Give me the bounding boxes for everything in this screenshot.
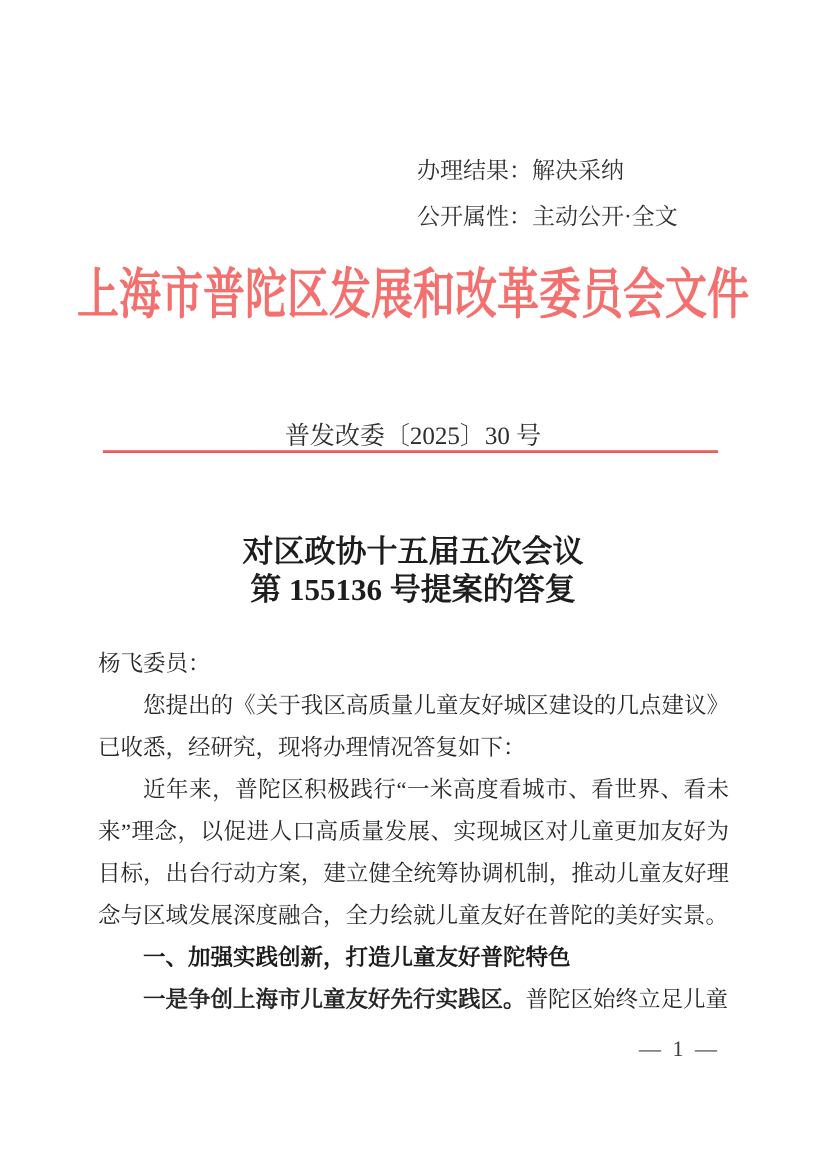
page-number: — 1 — xyxy=(639,1036,720,1062)
red-divider-rule xyxy=(103,450,718,453)
meta-block: 办理结果：解决采纳 公开属性：主动公开·全文 xyxy=(417,148,678,240)
salutation: 杨飞委员： xyxy=(98,643,729,685)
paragraph-subitem-1: 一是争创上海市儿童友好先行实践区。普陀区始终立足儿童 xyxy=(98,979,729,1021)
document-title-line-1: 对区政协十五届五次会议 xyxy=(0,533,826,571)
paragraph-overview: 近年来，普陀区积极践行“一米高度看城市、看世界、看未来”理念，以促进人口高质量发… xyxy=(98,769,729,937)
document-title-line-2: 第 155136 号提案的答复 xyxy=(0,571,826,609)
subitem-lead-phrase: 一是争创上海市儿童友好先行实践区。 xyxy=(143,987,526,1012)
document-body: 杨飞委员： 您提出的《关于我区高质量儿童友好城区建设的几点建议》已收悉，经研究，… xyxy=(98,643,729,1021)
agency-header-title: 上海市普陀区发展和改革委员会文件 xyxy=(0,252,826,330)
section-heading-1: 一、加强实践创新，打造儿童友好普陀特色 xyxy=(98,937,729,979)
document-number: 普发改委〔2025〕30 号 xyxy=(0,416,826,452)
paragraph-proposal-received: 您提出的《关于我区高质量儿童友好城区建设的几点建议》已收悉，经研究，现将办理情况… xyxy=(98,685,729,769)
meta-handling-result: 办理结果：解决采纳 xyxy=(417,148,678,194)
subitem-rest-text: 普陀区始终立足儿童 xyxy=(526,987,729,1012)
meta-publicity-attribute: 公开属性：主动公开·全文 xyxy=(417,194,678,240)
document-title: 对区政协十五届五次会议 第 155136 号提案的答复 xyxy=(0,533,826,609)
document-page: 办理结果：解决采纳 公开属性：主动公开·全文 上海市普陀区发展和改革委员会文件 … xyxy=(0,0,826,1169)
